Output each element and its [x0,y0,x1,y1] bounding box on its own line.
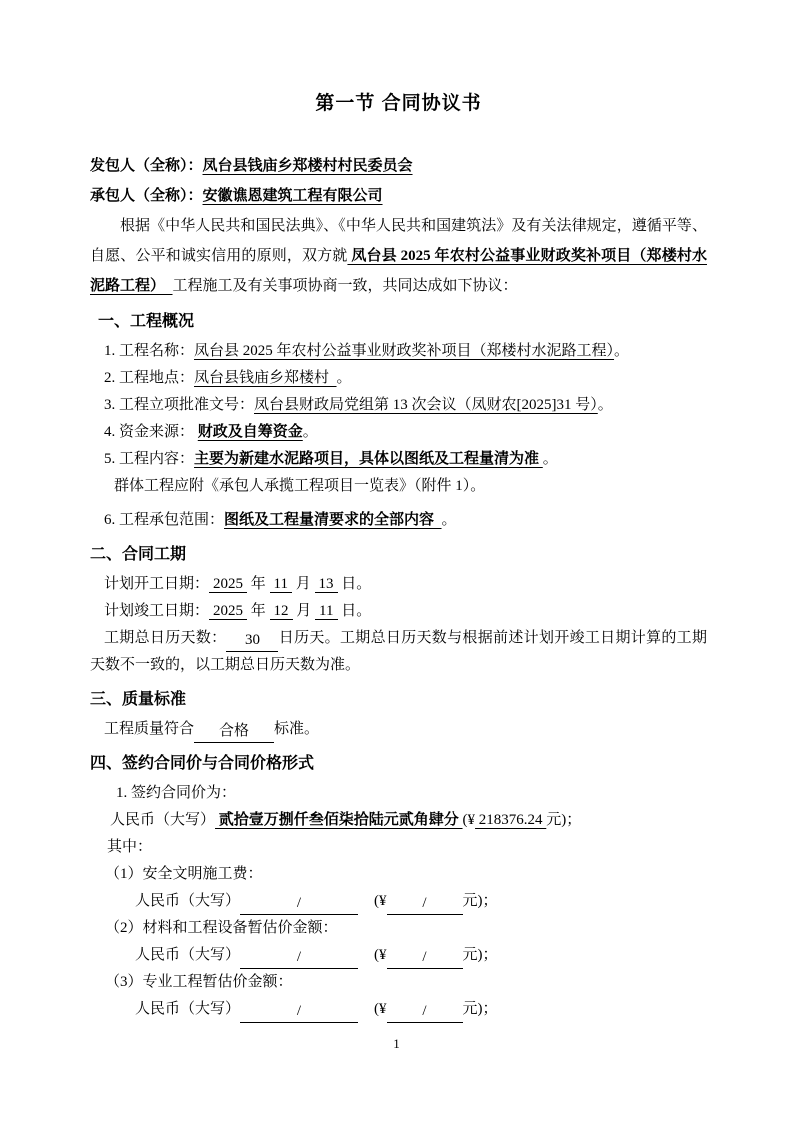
materials-amount-line: 人民币（大写）/(¥/元)； [90,942,707,969]
finish-month-unit: 月 [293,603,316,619]
item-project-content: 5. 工程内容：主要为新建水泥路项目，具体以图纸及工程量清为准 。 [90,446,707,473]
contractor-label: 承包人（全称）： [90,188,203,204]
item-approval-document: 3. 工程立项批准文号：凤台县财政局党组第 13 次会议（凤财农[2025]31… [90,392,707,419]
contract-price-line: 人民币（大写） 贰拾壹万捌仟叁佰柒拾陆元贰角肆分 (¥ 218376.24 元)… [90,807,707,834]
quality-text-before: 工程质量符合 [104,721,194,737]
duration-line: 工期总日历天数：30日历天。工期总日历天数与根据前述计划开竣工日期计算的工期天数… [90,625,707,679]
item-project-location-value: 凤台县钱庙乡郑楼村 [194,370,337,386]
planned-finish-month: 12 [270,603,293,620]
materials-paren-open: (¥ [374,947,387,963]
contract-document-page: 第一节 合同协议书 发包人（全称）：凤台县钱庙乡郑楼村村民委员会 承包人（全称）… [0,0,793,1122]
price-paren-open: (¥ [463,812,476,828]
specialist-paren-open: (¥ [374,1001,387,1017]
planned-start-date-line: 计划开工日期：2025 年 11 月 13 日。 [90,571,707,598]
price-paren-close: 元)； [546,812,581,828]
item-project-location-suffix: 。 [337,370,352,386]
contractor-value: 安徽谯恩建筑工程有限公司 [203,188,383,204]
finish-day-unit: 日。 [338,603,372,619]
materials-paren-close: 元)； [463,947,498,963]
specialist-words-blank: / [240,1000,358,1023]
item-approval-document-label: 3. 工程立项批准文号： [104,397,254,413]
duration-label: 工期总日历天数： [104,630,226,646]
item-project-name: 1. 工程名称：凤台县 2025 年农村公益事业财政奖补项目（郑楼村水泥路工程）… [90,338,707,365]
item-contract-scope: 6. 工程承包范围：图纸及工程量清要求的全部内容 。 [90,507,707,534]
materials-currency-label: 人民币（大写） [135,947,240,963]
preamble-paragraph: 根据《中华人民共和国民法典》、《中华人民共和国建筑法》及有关法律规定，遵循平等、… [90,211,707,301]
safety-fee-paren-open: (¥ [374,893,387,909]
subitem-safety-fee: （1）安全文明施工费： [90,861,707,888]
planned-finish-date-label: 计划竣工日期： [104,603,209,619]
item-funding-source-value: 财政及自筹资金 [198,424,303,440]
planned-finish-day: 11 [315,603,337,620]
safety-fee-words-blank: / [240,892,358,915]
price-in-figures: 218376.24 [475,812,546,828]
planned-finish-date-line: 计划竣工日期：2025 年 12 月 11 日。 [90,598,707,625]
start-year-unit: 年 [247,576,270,592]
materials-words-blank: / [240,946,358,969]
section-4-heading: 四、签约合同价与合同价格形式 [90,753,707,774]
item-project-content-suffix: 。 [543,451,558,467]
breakdown-intro: 其中： [90,834,707,861]
start-day-unit: 日。 [338,576,372,592]
subitem-specialist-works: （3）专业工程暂估价金额： [90,969,707,996]
item-project-location-label: 2. 工程地点： [104,370,194,386]
price-in-words: 贰拾壹万捌仟叁佰柒拾陆元贰角肆分 [215,812,463,828]
item-project-name-suffix: 。 [614,343,629,359]
specialist-currency-label: 人民币（大写） [135,1001,240,1017]
preamble-text-after: 工程施工及有关事项协商一致，共同达成如下协议： [173,278,518,294]
employer-label: 发包人（全称）： [90,158,203,174]
item-project-name-value: 凤台县 2025 年农村公益事业财政奖补项目（郑楼村水泥路工程） [194,343,614,359]
finish-year-unit: 年 [247,603,270,619]
contract-price-intro: 1. 签约合同价为： [90,780,707,807]
start-month-unit: 月 [292,576,315,592]
item-contract-scope-value: 图纸及工程量清要求的全部内容 [224,512,442,528]
quality-standard-line: 工程质量符合合格标准。 [90,716,707,743]
contractor-line: 承包人（全称）：安徽谯恩建筑工程有限公司 [90,181,707,211]
section-1-heading: 一、工程概况 [90,311,707,332]
page-number: 1 [0,1036,793,1052]
planned-start-day: 13 [315,576,338,593]
employer-value: 凤台县钱庙乡郑楼村村民委员会 [203,158,413,174]
item-funding-source-suffix: 。 [303,424,318,440]
section-2-heading: 二、合同工期 [90,544,707,565]
item-approval-document-value: 凤台县财政局党组第 13 次会议（凤财农[2025]31 号） [254,397,598,413]
employer-line: 发包人（全称）：凤台县钱庙乡郑楼村村民委员会 [90,151,707,181]
specialist-amount-line: 人民币（大写）/(¥/元)； [90,996,707,1023]
item-approval-document-suffix: 。 [598,397,613,413]
item-project-content-value: 主要为新建水泥路项目，具体以图纸及工程量清为准 [194,451,543,467]
materials-figures-blank: / [387,946,463,969]
planned-start-month: 11 [270,576,292,593]
price-currency-label: 人民币（大写） [110,812,215,828]
quality-text-after: 标准。 [274,721,319,737]
item-contract-scope-suffix: 。 [442,512,457,528]
item-contract-scope-label: 6. 工程承包范围： [104,512,224,528]
item-funding-source-label: 4. 资金来源： [104,424,198,440]
planned-start-date-label: 计划开工日期： [104,576,209,592]
specialist-figures-blank: / [387,1000,463,1023]
subitem-materials-equipment: （2）材料和工程设备暂估价金额： [90,915,707,942]
group-works-note: 群体工程应附《承包人承揽工程项目一览表》（附件 1）。 [90,473,707,500]
item-funding-source: 4. 资金来源： 财政及自筹资金。 [90,419,707,446]
duration-days-blank: 30 [226,629,278,652]
safety-fee-currency-label: 人民币（大写） [135,893,240,909]
item-project-content-label: 5. 工程内容： [104,451,194,467]
item-project-location: 2. 工程地点：凤台县钱庙乡郑楼村 。 [90,365,707,392]
safety-fee-amount-line: 人民币（大写）/(¥/元)； [90,888,707,915]
section-3-heading: 三、质量标准 [90,689,707,710]
quality-grade-blank: 合格 [194,720,274,743]
planned-finish-year: 2025 [209,603,247,620]
safety-fee-paren-close: 元)； [463,893,498,909]
specialist-paren-close: 元)； [463,1001,498,1017]
safety-fee-figures-blank: / [387,892,463,915]
planned-start-year: 2025 [209,576,247,593]
page-title: 第一节 合同协议书 [90,88,707,115]
item-project-name-label: 1. 工程名称： [104,343,194,359]
